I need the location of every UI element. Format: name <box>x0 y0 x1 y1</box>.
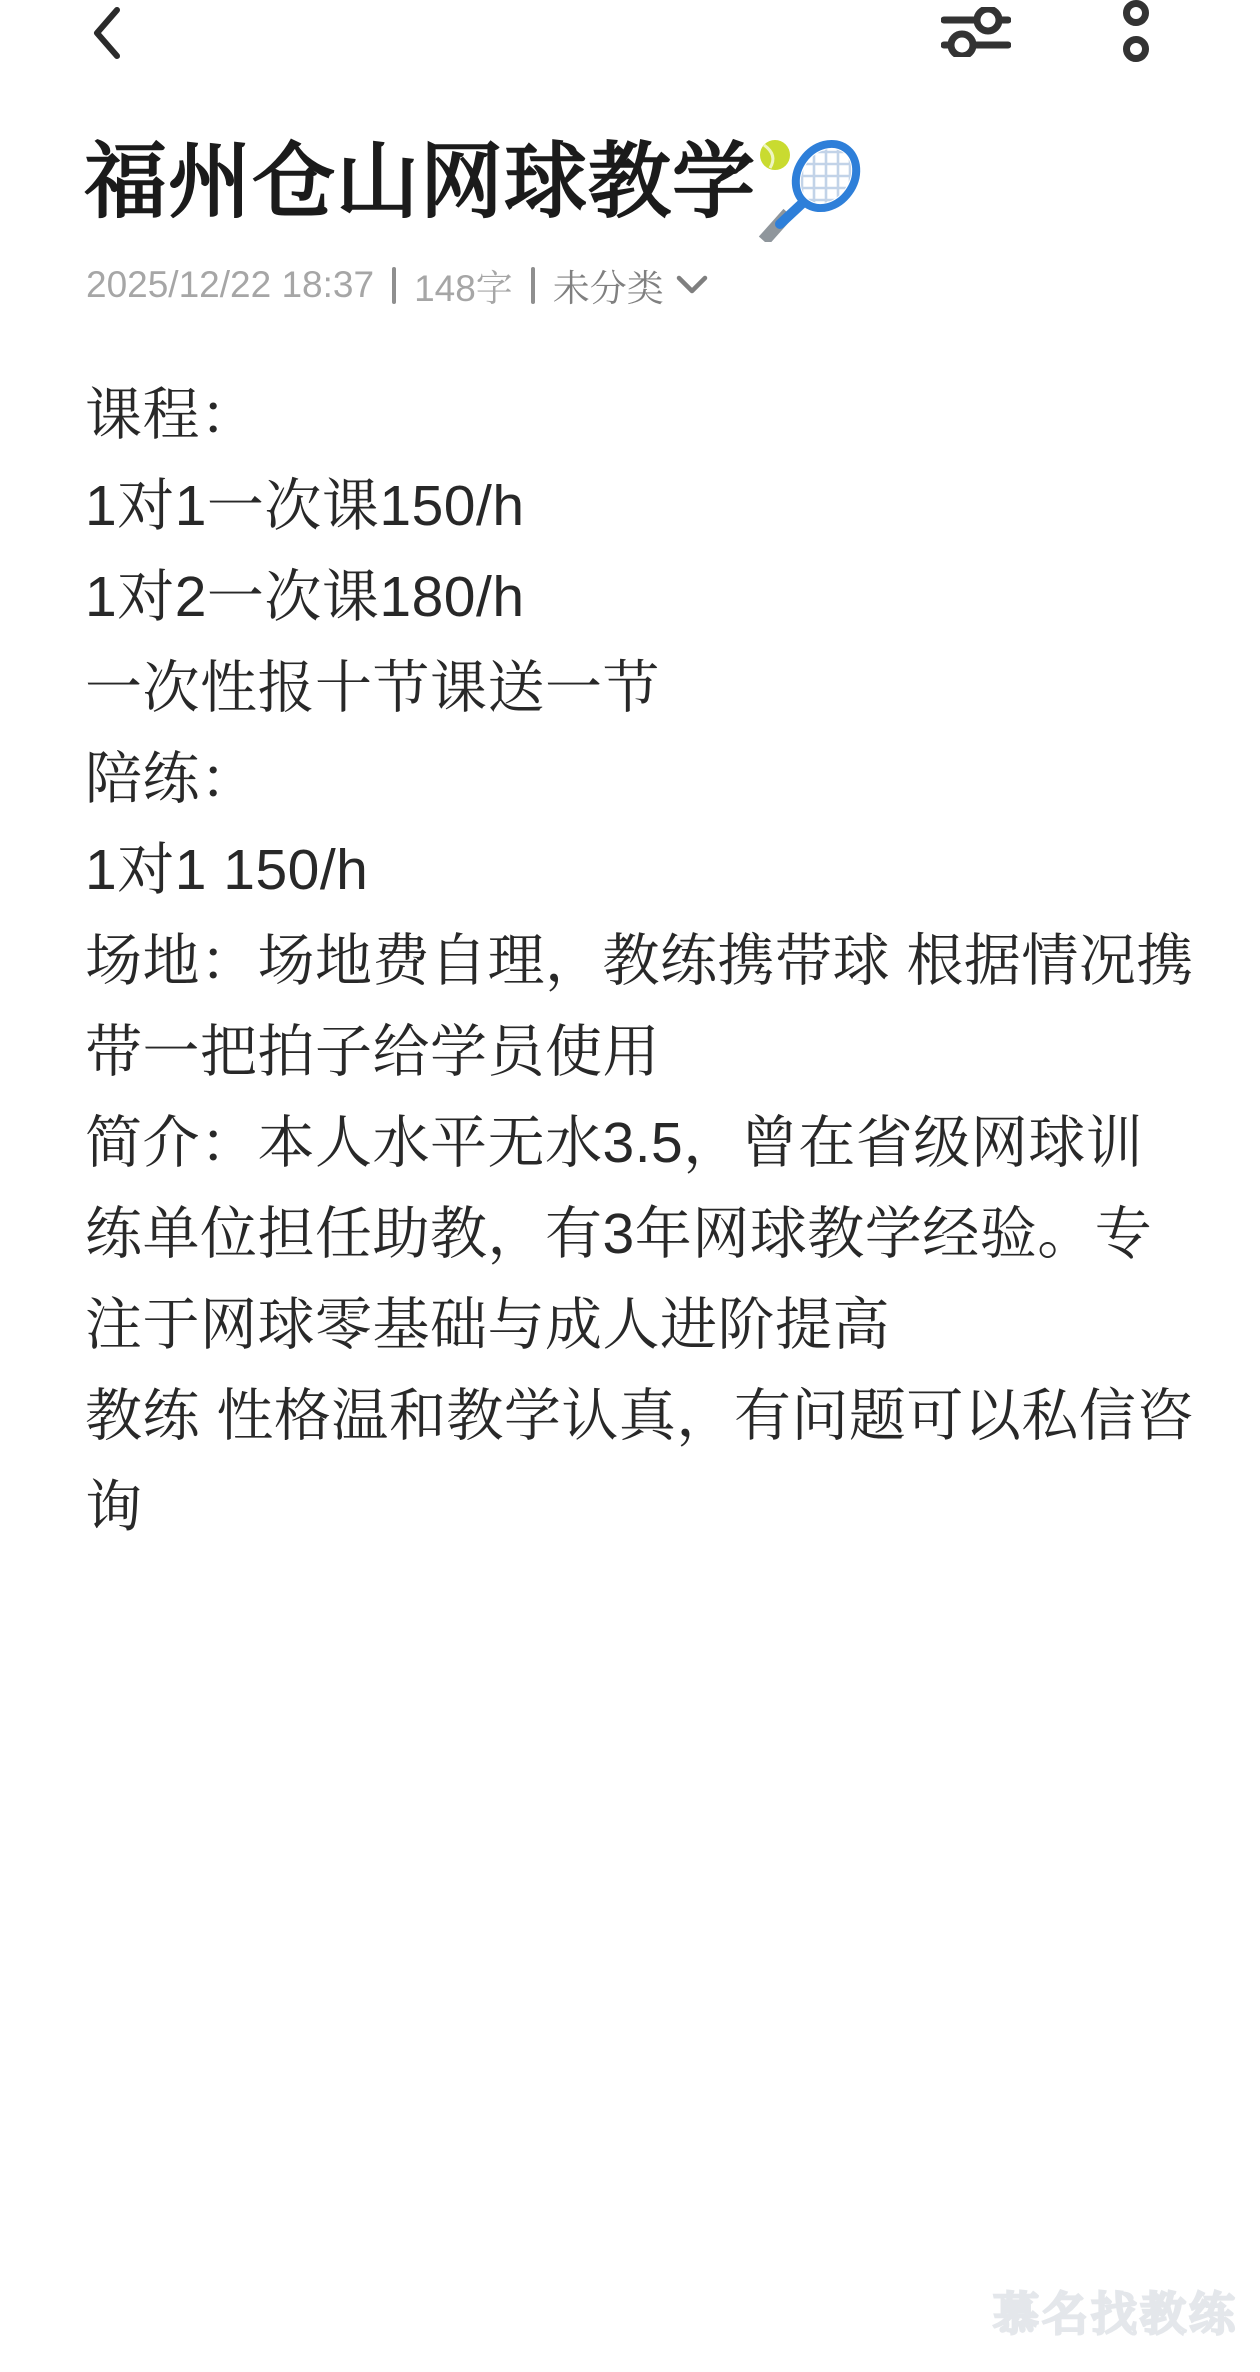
body-line[interactable]: 带一把拍子给学员使用 <box>85 1007 1216 1098</box>
chevron-left-icon <box>90 6 122 60</box>
note-meta: 2025/12/22 18:37 148字 未分类 <box>86 258 708 312</box>
body-line[interactable]: 练单位担任助教，有3年网球教学经验。专 <box>85 1189 1216 1280</box>
meta-separator <box>392 267 396 304</box>
body-line[interactable]: 1对1一次课150/h <box>85 461 1216 552</box>
note-screen: 福州仓山网球教学 <box>0 0 1260 2372</box>
chevron-down-icon <box>676 275 708 295</box>
body-line[interactable]: 询 <box>85 1462 1216 1553</box>
body-line[interactable]: 1对2一次课180/h <box>85 552 1216 643</box>
note-datetime: 2025/12/22 18:37 <box>86 264 374 306</box>
more-menu-button[interactable] <box>1118 0 1154 64</box>
body-line[interactable]: 场地：场地费自理，教练携带球 根据情况携 <box>85 916 1216 1007</box>
body-line[interactable]: 课程： <box>85 370 1216 461</box>
filter-button[interactable] <box>940 6 1012 58</box>
category-label: 未分类 <box>553 258 664 312</box>
note-title-text: 福州仓山网球教学 <box>84 128 756 236</box>
body-line[interactable]: 简介：本人水平无水3.5，曾在省级网球训 <box>85 1098 1216 1189</box>
back-button[interactable] <box>86 4 126 62</box>
watermark: 慕名找教练 <box>993 2278 1238 2344</box>
note-title[interactable]: 福州仓山网球教学 <box>84 128 878 242</box>
body-line[interactable]: 注于网球零基础与成人进阶提高 <box>85 1280 1216 1371</box>
body-line[interactable]: 一次性报十节课送一节 <box>85 643 1216 734</box>
meta-separator <box>531 267 535 304</box>
tennis-emoji-icon <box>758 132 878 242</box>
note-body[interactable]: 课程：1对1一次课150/h1对2一次课180/h一次性报十节课送一节陪练：1对… <box>0 370 1260 1553</box>
word-count: 148字 <box>414 258 513 312</box>
two-dots-more-icon <box>1122 0 1150 64</box>
body-line[interactable]: 1对1 150/h <box>85 825 1216 916</box>
category-selector[interactable]: 未分类 <box>553 258 708 312</box>
body-line[interactable]: 教练 性格温和教学认真，有问题可以私信咨 <box>85 1371 1216 1462</box>
sliders-icon <box>941 7 1011 57</box>
body-line[interactable]: 陪练： <box>85 734 1216 825</box>
